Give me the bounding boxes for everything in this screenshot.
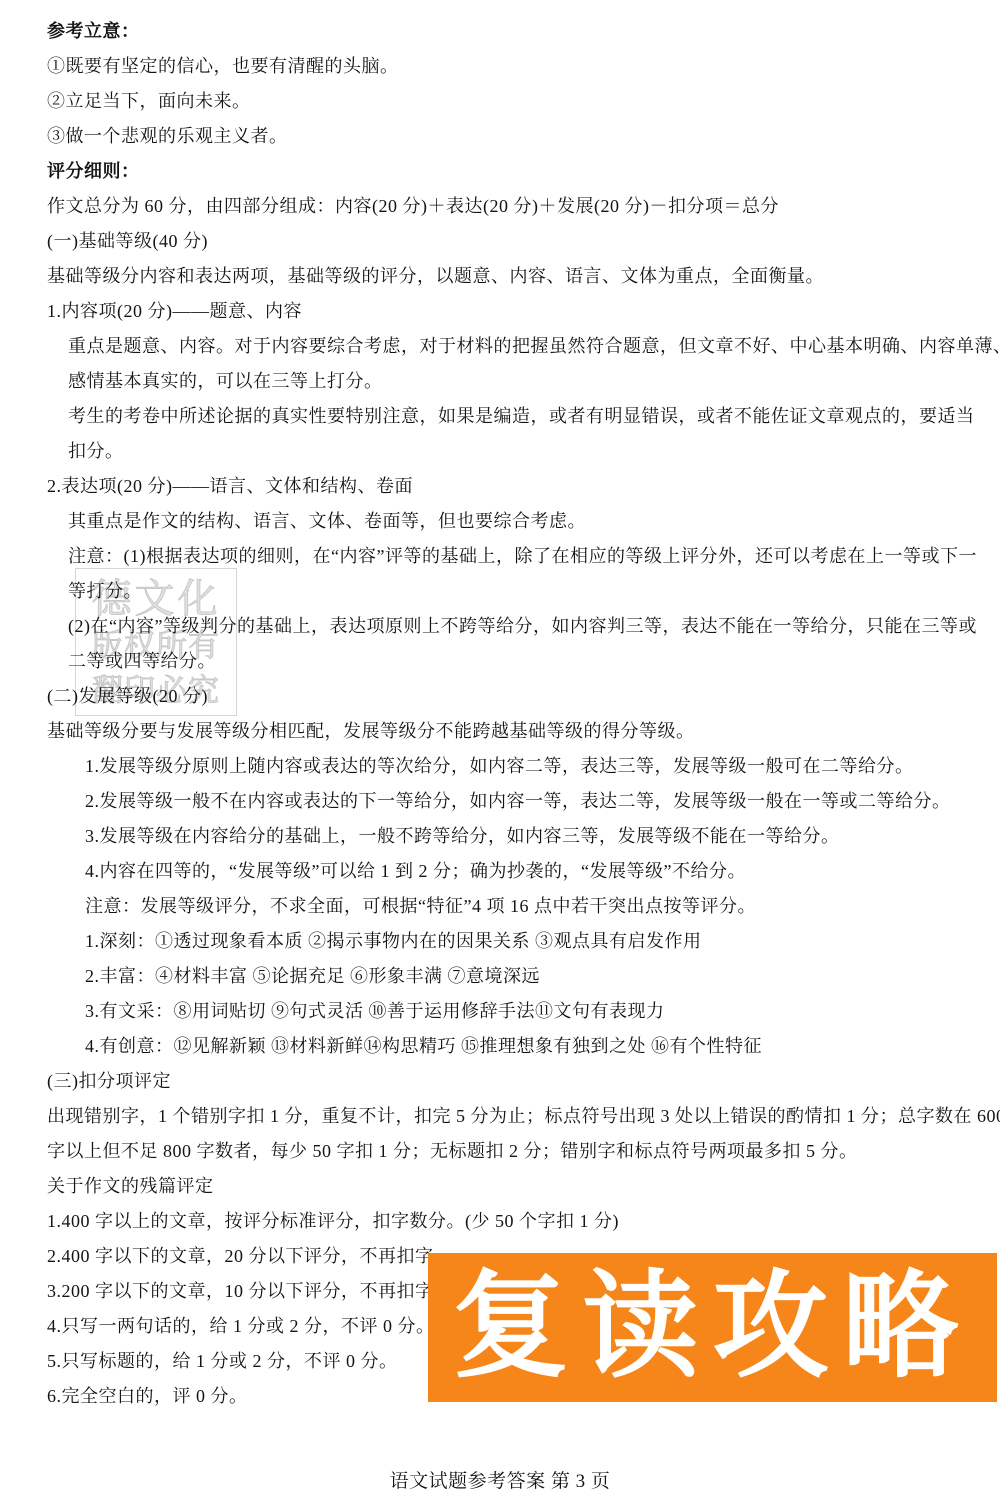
text-line: 4.有创意：⑫见解新颖 ⑬材料新鲜⑭构思精巧 ⑮推理想象有独到之处 ⑯有个性特征	[47, 1029, 990, 1064]
text-line: (二)发展等级(20 分)	[47, 679, 990, 714]
text-line: 作文总分为 60 分，由四部分组成：内容(20 分)＋表达(20 分)＋发展(2…	[47, 189, 990, 224]
text-line: (三)扣分项评定	[47, 1064, 990, 1099]
text-line: 出现错别字，1 个错别字扣 1 分，重复不计，扣完 5 分为止；标点符号出现 3…	[47, 1099, 990, 1134]
text-line: 4.内容在四等的，“发展等级”可以给 1 到 2 分；确为抄袭的，“发展等级”不…	[47, 854, 990, 889]
text-line: 注意：(1)根据表达项的细则，在“内容”评等的基础上，除了在相应的等级上评分外，…	[47, 539, 990, 574]
text-line: 字以上但不足 800 字数者，每少 50 字扣 1 分；无标题扣 2 分；错别字…	[47, 1134, 990, 1169]
text-line: 基础等级分内容和表达两项，基础等级的评分，以题意、内容、语言、文体为重点，全面衡…	[47, 259, 990, 294]
text-line: ①既要有坚定的信心，也要有清醒的头脑。	[47, 49, 990, 84]
text-line: 感情基本真实的，可以在三等上打分。	[47, 364, 990, 399]
text-line: 重点是题意、内容。对于内容要综合考虑，对于材料的把握虽然符合题意，但文章不好、中…	[47, 329, 990, 364]
text-line: (2)在“内容”等级判分的基础上，表达项原则上不跨等给分，如内容判三等，表达不能…	[47, 609, 990, 644]
text-line: 1.发展等级分原则上随内容或表达的等次给分，如内容二等，表达三等，发展等级一般可…	[47, 749, 990, 784]
text-line: 关于作文的残篇评定	[47, 1169, 990, 1204]
text-line: 1.内容项(20 分)——题意、内容	[47, 294, 990, 329]
text-line: 1.深刻：①透过现象看本质 ②揭示事物内在的因果关系 ③观点具有启发作用	[47, 924, 990, 959]
text-line: 考生的考卷中所述论据的真实性要特别注意，如果是编造，或者有明显错误，或者不能佐证…	[47, 399, 990, 434]
promo-banner-text: 复读攻略	[453, 1268, 973, 1384]
document-page: 德文化 版权所有 翻印必究 参考立意：①既要有坚定的信心，也要有清醒的头脑。②立…	[0, 0, 1000, 1509]
text-line: (一)基础等级(40 分)	[47, 224, 990, 259]
text-line: 注意：发展等级评分，不求全面，可根据“特征”4 项 16 点中若干突出点按等评分…	[47, 889, 990, 924]
text-line: 3.有文采：⑧用词贴切 ⑨句式灵活 ⑩善于运用修辞手法⑪文句有表现力	[47, 994, 990, 1029]
text-line: 2.丰富：④材料丰富 ⑤论据充足 ⑥形象丰满 ⑦意境深远	[47, 959, 990, 994]
text-line: 二等或四等给分。	[47, 644, 990, 679]
text-line: 其重点是作文的结构、语言、文体、卷面等，但也要综合考虑。	[47, 504, 990, 539]
text-line: ③做一个悲观的乐观主义者。	[47, 119, 990, 154]
text-line: 基础等级分要与发展等级分相匹配，发展等级分不能跨越基础等级的得分等级。	[47, 714, 990, 749]
text-line: 1.400 字以上的文章，按评分标准评分，扣字数分。(少 50 个字扣 1 分)	[47, 1204, 990, 1239]
text-line: 3.发展等级在内容给分的基础上，一般不跨等给分，如内容三等，发展等级不能在一等给…	[47, 819, 990, 854]
text-line: 评分细则：	[47, 154, 990, 189]
text-line: 参考立意：	[47, 14, 990, 49]
text-line: 扣分。	[47, 434, 990, 469]
promo-banner: 复读攻略	[428, 1253, 997, 1402]
text-line: 2.表达项(20 分)——语言、文体和结构、卷面	[47, 469, 990, 504]
page-footer: 语文试题参考答案 第 3 页	[0, 1466, 1000, 1493]
content-lines: 参考立意：①既要有坚定的信心，也要有清醒的头脑。②立足当下，面向未来。③做一个悲…	[47, 14, 990, 1414]
text-line: 2.发展等级一般不在内容或表达的下一等给分，如内容一等，表达二等，发展等级一般在…	[47, 784, 990, 819]
text-line: 等打分。	[47, 574, 990, 609]
text-line: ②立足当下，面向未来。	[47, 84, 990, 119]
